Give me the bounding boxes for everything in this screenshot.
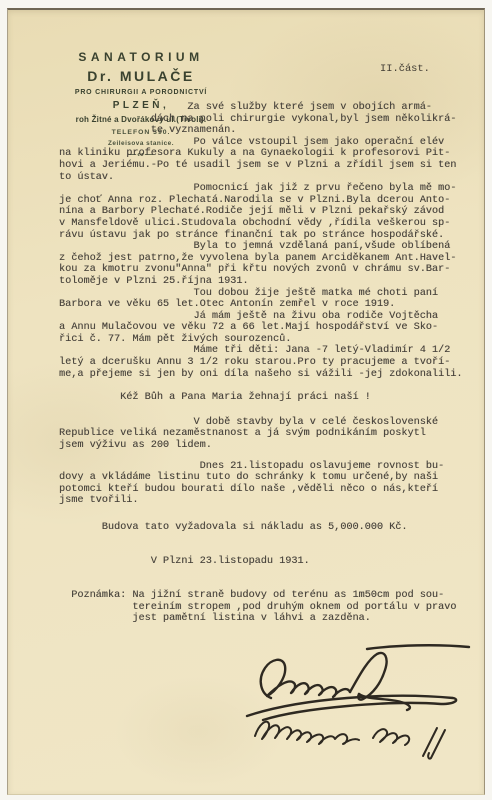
paragraph-wife: Pomocnicí jak již z prvu řečeno byla mě …: [59, 183, 489, 241]
letterhead-doctor-name: Dr. MULAČE: [38, 68, 244, 84]
paragraph-unemployment: V době stavby byla v celé československé…: [59, 417, 489, 452]
signature-dr-mulac: [247, 645, 469, 720]
paragraph-cost: Budova tato vyžadovala si nákladu as 5,0…: [59, 522, 489, 534]
paragraph-mother-in-law: Tou dobou žije ještě matka mé choti paní…: [59, 288, 489, 311]
paragraph-blessing: Kéž Bůh a Pana Maria žehnají práci naší …: [59, 392, 489, 404]
typed-body: Za své služby které jsem v obojích armá-…: [59, 102, 489, 625]
paragraph-career: Po válce vstoupil jsem jako operační elé…: [59, 137, 489, 183]
paragraph-ceremony: Dnes 21.listopadu oslavujeme rovnost bu-…: [59, 461, 489, 507]
paragraph-children: Máme tři děti: Jana -7 letý-Vladimír 4 1…: [59, 345, 489, 380]
paragraph-parents: Já mám ještě na živu oba rodiče Vojtěcha…: [59, 311, 489, 346]
paragraph-services: Za své služby které jsem v obojích armá-…: [59, 102, 489, 137]
signature-mulacova-anna: [255, 722, 445, 759]
paragraph-note: Poznámka: Na jižní straně budovy od teré…: [59, 590, 489, 625]
letterhead-sanatorium: SANATORIUM: [38, 50, 244, 64]
paper-sheet: SANATORIUM Dr. MULAČE PRO CHIRURGII A PO…: [7, 8, 485, 795]
scanned-letter-page: SANATORIUM Dr. MULAČE PRO CHIRURGII A PO…: [0, 0, 492, 800]
signatures-block: [241, 636, 471, 760]
paragraph-date-place: V Plzni 23.listopadu 1931.: [59, 556, 489, 568]
letterhead-subtitle: PRO CHIRURGII A PORODNICTVÍ: [38, 89, 244, 96]
document-part-label: II.část.: [380, 63, 430, 75]
paragraph-bell-godmother: Byla to jemná vzdělaná paní,všude oblíbe…: [59, 241, 489, 287]
